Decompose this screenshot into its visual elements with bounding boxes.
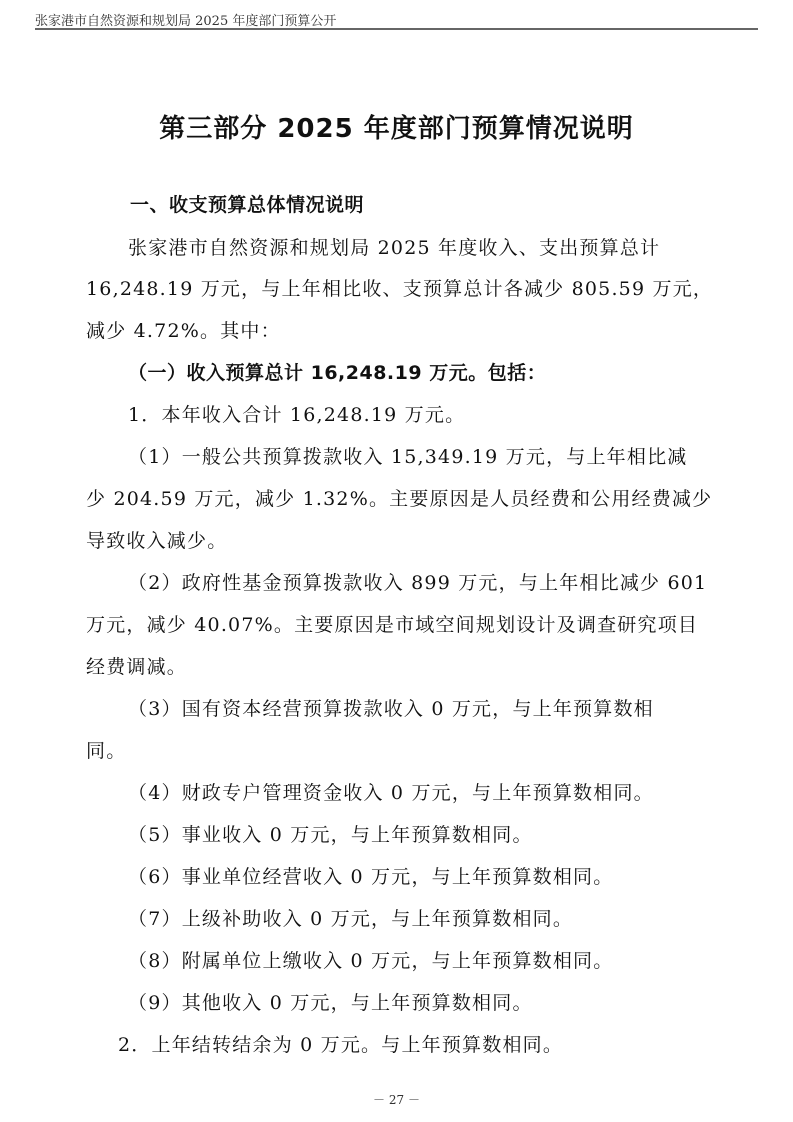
intro-line-2: 16,248.19 万元，与上年相比收、支预算总计各减少 805.59 万元， (86, 274, 713, 301)
page-title: 第三部分 2025 年度部门预算情况说明 (0, 108, 793, 145)
paragraph-1-line-3: 导致收入减少。 (86, 526, 227, 553)
paragraph-6: （6）事业单位经营收入 0 万元，与上年预算数相同。 (128, 862, 613, 889)
paragraph-4: （4）财政专户管理资金收入 0 万元，与上年预算数相同。 (128, 778, 654, 805)
item-2: 2．上年结转结余为 0 万元。与上年预算数相同。 (118, 1030, 563, 1057)
subsection-heading: （一）收入预算总计 16,248.19 万元。包括： (128, 358, 546, 385)
paragraph-1-line-1: （1）一般公共预算拨款收入 15,349.19 万元，与上年相比减 (128, 442, 687, 469)
section-heading: 一、收支预算总体情况说明 (130, 190, 364, 217)
header-divider (35, 28, 758, 30)
intro-line-3: 减少 4.72%。其中： (86, 316, 281, 343)
paragraph-7: （7）上级补助收入 0 万元，与上年预算数相同。 (128, 904, 573, 931)
page-header: 张家港市自然资源和规划局 2025 年度部门预算公开 (35, 10, 336, 29)
paragraph-2-line-1: （2）政府性基金预算拨款收入 899 万元，与上年相比减少 601 (128, 568, 707, 595)
intro-line-1: 张家港市自然资源和规划局 2025 年度收入、支出预算总计 (128, 233, 660, 260)
paragraph-1-line-2: 少 204.59 万元，减少 1.32%。主要原因是人员经费和公用经费减少 (86, 484, 712, 511)
paragraph-8: （8）附属单位上缴收入 0 万元，与上年预算数相同。 (128, 946, 613, 973)
paragraph-2-line-2: 万元，减少 40.07%。主要原因是市域空间规划设计及调查研究项目 (86, 610, 698, 637)
page-number: － 27 － (0, 1091, 793, 1108)
paragraph-5: （5）事业收入 0 万元，与上年预算数相同。 (128, 820, 533, 847)
paragraph-9: （9）其他收入 0 万元，与上年预算数相同。 (128, 988, 533, 1015)
paragraph-2-line-3: 经费调减。 (86, 652, 187, 679)
paragraph-3-line-1: （3）国有资本经营预算拨款收入 0 万元，与上年预算数相 (128, 694, 654, 721)
item-1: 1．本年收入合计 16,248.19 万元。 (128, 400, 465, 427)
paragraph-3-line-2: 同。 (86, 736, 126, 763)
